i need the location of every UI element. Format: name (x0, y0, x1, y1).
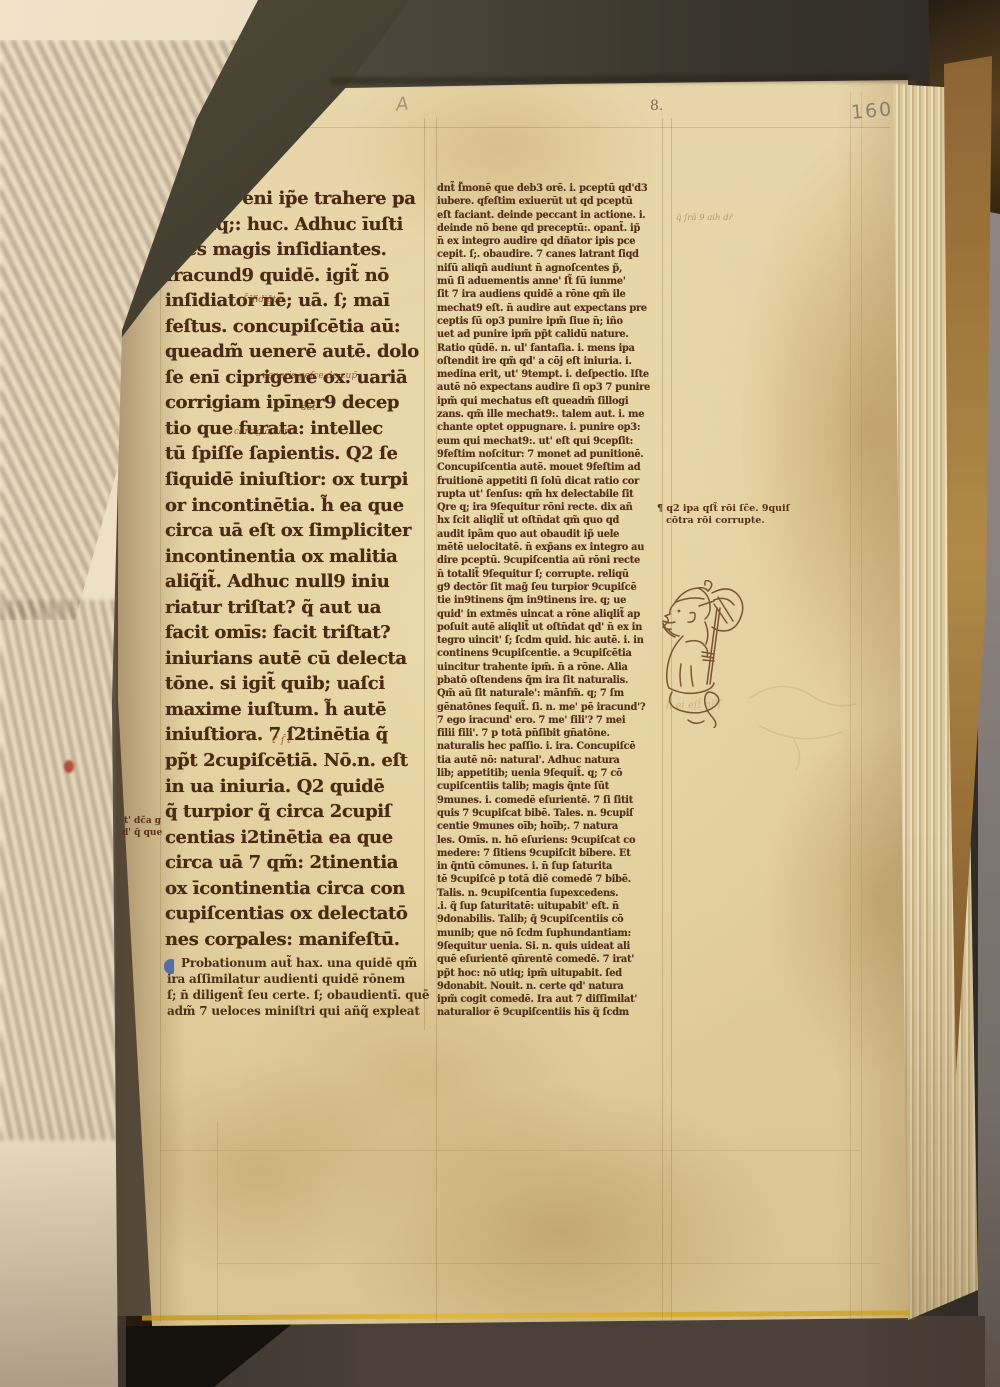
text-line: tegro uincit' ſ; ſcdm quid. hic autē. i.… (437, 635, 665, 648)
text-line: nes corpales: manifeſtū. (165, 929, 430, 955)
text-line: niſū aliqñ audiunt n̄ agnoſcentes p̃, (437, 263, 665, 276)
text-line: 7 ego iracund' ero. 7 me' fili'? 7 mei (437, 715, 665, 728)
text-line: tū ſpiſſe ſapientis. Q2 ſe (165, 443, 430, 469)
text-line: rupta ut' ſenſus: qm̃ hx delectabile ſit (437, 489, 665, 502)
text-line: centie 9munes oīb; hoīb;. 7 natura (437, 821, 665, 834)
text-line: poſuit autē aliqlit̃ ut oſtn̄dat qd' n̄ … (437, 622, 665, 635)
text-line: ores magis inſidiantes. (165, 239, 430, 265)
text-line: pbatō oſtendens q̃m ira ſit naturalis. (437, 675, 665, 688)
ruling-line (160, 1150, 860, 1151)
text-line: incontinentia ox malitia (165, 546, 430, 572)
manuscript-photo: ī A 8. 160 oſtia. ſt eni ip̃e trahere pa… (0, 0, 1000, 1387)
text-line: in q̃ntū cōmunes. i. n̄ ſup ſaturita (437, 861, 665, 874)
left-margin-note-line2: d' q̄ que (122, 828, 162, 838)
text-line: .i. q̃ ſup ſaturitatē: uitupabit' eſt. n… (437, 901, 665, 914)
text-line: cupiſcentiis talib; magis q̃nte ſūt (437, 781, 665, 794)
letter-mark: A (395, 93, 409, 115)
text-line: Ratio qūdē. n. ul' fantaſia. i. mens ipa (437, 343, 665, 356)
text-line: iniuſtiora. 7 ſ2tinētia q̃ (165, 724, 430, 750)
quire-mark: 8. (650, 98, 663, 114)
faint-margin-scribble: q̃ ſrā 9 aih dr̃ (676, 213, 733, 223)
text-line: oſtendit ire qm̃ qd' a cōj eſt iniuria. … (437, 356, 665, 369)
interlinear-gloss: det̃ (301, 403, 316, 413)
ruling-line (217, 1263, 880, 1264)
text-line: audit ipãm quo aut obaudit ip̃ uele (437, 529, 665, 542)
ear (688, 613, 695, 623)
text-line: mētē uelocitatē. n̄ exp̃ans ex integro a… (437, 542, 665, 555)
interlinear-gloss: ueneris geſce de cup̃ (262, 371, 357, 381)
text-line: Iracund9 quidē. igit̃ nō (165, 265, 430, 291)
text-line: feſtus. concupiſcētia aū: (165, 316, 430, 342)
text-line: q̃ turpior q̃ circa 2cupiſ (165, 801, 430, 827)
text-line: naturalis hec paſſio. i. ira. Concupiſcē (437, 741, 665, 754)
text-line: ſ; n̄ diligent̃ ſeu certe. ſ; obaudientī… (167, 988, 440, 1004)
text-line: Qre q; ira 9ſequitur rōni recte. dix añ (437, 502, 665, 515)
text-line: continens 9cupiſcentie. a 9cupiſcētia (437, 648, 665, 661)
text-line: maxime iuſtum. h̃ autē (165, 699, 430, 725)
text-line: ox īcontinentia circa con (165, 878, 430, 904)
text-line: ceptis ſū op3 punire ipm̃ ſiue n̄; iño (437, 316, 665, 329)
ruling-line (217, 1122, 218, 1320)
text-line: quis 7 9cupiſcat bibē. Tales. n. 9cupiſ (437, 808, 665, 821)
text-line: dire pceptū. 9cupiſcentia aū rōni recte (437, 555, 665, 568)
eye (678, 610, 681, 613)
text-line: tōne. si igit̃ quib; uaſci (165, 673, 430, 699)
axe-shaft (707, 608, 720, 684)
text-line: tē 9cupiſcē p totā diē comedē 7 bibē. (437, 874, 665, 887)
text-line: 9donabilis. Talib; q̃ 9cupiſcentiis cō (437, 914, 665, 927)
text-line: les. Omīs. n. hō eſuriens: 9cupiſcat co (437, 835, 665, 848)
text-line: iubere. qfeſtim exiuerūt ut qd pceptū (437, 196, 665, 209)
faint-offset-sketch (742, 660, 872, 780)
text-line: iniurians autē cū delecta (165, 648, 430, 674)
folio-number: 160 (850, 98, 894, 124)
arm (686, 641, 708, 657)
text-line: mechat9 eſt. n̄ audire aut expectans pre (437, 303, 665, 316)
text-line: uet ad punire ipm̃ pp̃t calidū nature. (437, 329, 665, 342)
text-line: n̄ totalit̃ 9ſequitur ſ; corrupte. reliq… (437, 569, 665, 582)
text-line: cepit. ſ;. obaudire. 7 canes latrant ſiq… (437, 249, 665, 262)
text-line: 9ſequitur uenia. Si. n. quis uideat ali (437, 941, 665, 954)
text-line: Probationum aut̃ hax. una quidē qm̃ (167, 956, 440, 972)
interlinear-gloss: t' ſ̃ t̃ (272, 736, 291, 746)
text-line: inſidiator nē; uā. ſ; maī (165, 290, 430, 316)
text-line: ipm̃ qui mechatus eſt queadm̃ ſillogi (437, 396, 665, 409)
text-line: zans. qm̃ ille mechat9:. talem aut. i. m… (437, 409, 665, 422)
text-line: centias i2tinētia ea que (165, 827, 430, 853)
text-line: in ua iniuria. Q2 quidē (165, 776, 430, 802)
text-line: 9donabit. Nouit. n. certe qd' natura (437, 981, 665, 994)
text-line: 9munes. i. comedē eſurientē. 7 ſi ſitit (437, 795, 665, 808)
text-line: queadm̃ uenerē autē. dolo (165, 341, 430, 367)
left-commentary-block: Probationum aut̃ hax. una quidē qm̃ira a… (167, 956, 440, 1020)
left-margin-note-line1: t' dc̃a g (124, 816, 161, 826)
text-line: hx ſcit aliqlit̃ ut oſtn̄dat qm̃ quo qd (437, 515, 665, 528)
text-line: ira aſſimilatur audienti quidē rōnem (167, 972, 440, 988)
text-line: Concupiſcentia autē. mouet 9feſtim ad (437, 462, 665, 475)
text-line: filii fili'. 7 p totā pn̄ſibit gn̄atōne. (437, 728, 665, 741)
text-line: ſit 7 ira audiens quidē a rōne qm̃ ile (437, 289, 665, 302)
text-line: tia autē nō: natural'. Adhuc natura (437, 755, 665, 768)
text-line: munib; que nō ſcdm ſuphundantiam: (437, 928, 665, 941)
text-line: pp̃t 2cupiſcētiā. Nō.n. eſt (165, 750, 430, 776)
left-text-column: oſtia. ſt eni ip̃e trahere patiē uſq;: h… (165, 188, 430, 954)
text-line: uincitur trahente ipm̃. n̄ a rōne. Alia (437, 662, 665, 675)
text-line: medere: 7 ſitiens 9cupiſcit bibere. Et (437, 848, 665, 861)
right-text-column: dnt̃ ſ̃monē que deb3 orē. i. pceptū qd'd… (437, 183, 665, 1021)
text-line: autē nō expectans audire ſi op3 7 punire (437, 382, 665, 395)
drapery-folds (680, 664, 693, 686)
text-line: quid' in extmēs uincat a rōne aliqlit̃ a… (437, 609, 665, 622)
text-line: g9 dectōr ſit mag̃ ſeu turpior 9cupiſcē (437, 582, 665, 595)
ruling-line (160, 118, 161, 1322)
text-line: aliq̃it̃. Adhuc null9 iniu (165, 571, 430, 597)
text-line: Talis. n. 9cupiſcentia ſupexcedens. (437, 888, 665, 901)
interlinear-gloss: corrigia uarra (234, 427, 298, 437)
text-line: pp̃t hoc: nō utiq; ipm̃ uitupabit. ſed (437, 968, 665, 981)
faint-drawing-caption: h̃ ei eſt̃ nilſ (666, 699, 722, 712)
text-line: chante optet oppugnare. i. punire op3: (437, 422, 665, 435)
hand (702, 652, 714, 661)
text-line: naturalior ē 9cupiſcentiis hīs q̃ ſcdm (437, 1007, 665, 1020)
text-line: facit omīs: facit triſtat? (165, 622, 430, 648)
text-line: or incontinētia. h̃ ea que (165, 495, 430, 521)
interlinear-gloss: ſ̃ īſidiḡte (243, 295, 282, 305)
text-line: corrigiam ipīner9 decep (165, 392, 430, 418)
text-line: medina erit, ut' 9tempt. i. deſpectio. I… (437, 369, 665, 382)
text-line: dnt̃ ſ̃monē que deb3 orē. i. pceptū qd'd… (437, 183, 665, 196)
text-line: deinde nō bene qd preceptū:. opant̃. ip̃ (437, 223, 665, 236)
text-line: quē eſurientē qn̄rentē comedē. 7 irat' (437, 954, 665, 967)
text-line: circa uā 7 qm̃: 2tinentia (165, 852, 430, 878)
text-line: eum qui mechat9:. ut' eſt qui 9cepſit: (437, 436, 665, 449)
text-line: adm̃ 7 ueloces miniſtri qui añq̃ expleat (167, 1004, 440, 1020)
text-line: circa uā eſt ox ſimpliciter (165, 520, 430, 546)
text-line: eſt faciant. deinde peccant in actione. … (437, 210, 665, 223)
right-margin-note-line1: ¶ q2 ipa qſt̃ rōi ſc̃e. 9quiſ (657, 503, 790, 514)
text-line: riatur triſtat? q̃ aut ua (165, 597, 430, 623)
right-margin-note-line2: cōtra rōi corrupte. (666, 515, 765, 526)
text-line: gēnatōnes ſequit̃. ſi. n. me' pē iracund… (437, 702, 665, 715)
text-line: n̄ ex integro audire qd dñator ipis pce (437, 236, 665, 249)
text-line: ipm̃ cogit comedē. Ira aut 7 diſſimilat' (437, 994, 665, 1007)
text-line: fruitionē appetiti ſi ſolū dicat ratio c… (437, 476, 665, 489)
text-line: lib; appetitib; uenia 9ſequit̃. q; 7 cō (437, 768, 665, 781)
text-line: tie in9tinens q̃m in9tinens ire. q; ue (437, 595, 665, 608)
text-line: 9feſtim noſcitur: 7 monet ad punitionē. (437, 449, 665, 462)
text-line: Qm̃ aū ſit naturale': mānfm̃. q; 7 ſm (437, 688, 665, 701)
text-line: mū ſi aduementis anne' ſt̃ ſū iunme' (437, 276, 665, 289)
text-line: cupiſcentias ox delectatō (165, 903, 430, 929)
text-line: ſiquidē iniuſtior: ox turpi (165, 469, 430, 495)
